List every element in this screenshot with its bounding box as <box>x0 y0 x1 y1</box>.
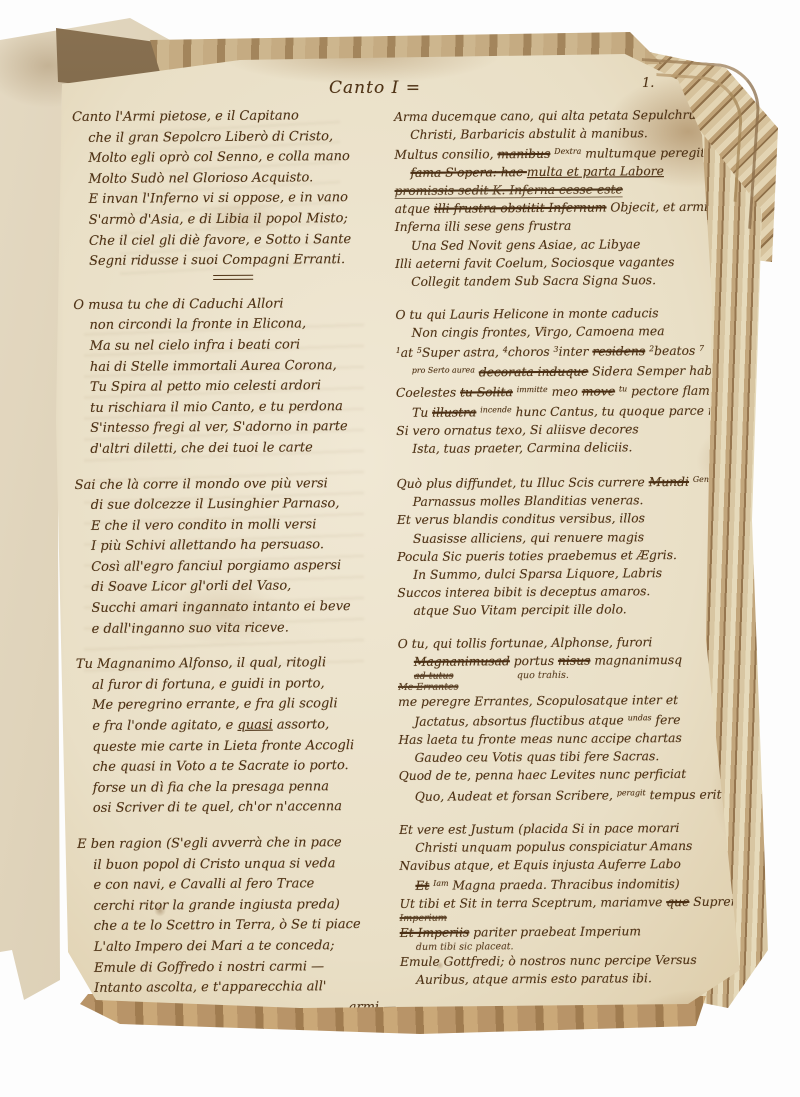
verse-line: di sue dolcezze il Lusinghier Parnaso, <box>91 494 397 517</box>
stanza: Canto l'Armi pietose, e il Capitanoche i… <box>72 106 395 281</box>
verse-line: Tu Magnanimo Alfonso, il qual, ritogli <box>76 653 398 676</box>
verse-line: d'altri diletti, che dei tuoi le carte <box>90 438 396 461</box>
text-segment: manibus <box>497 147 550 161</box>
verse-line: al furor di fortuna, e guidi in porto, <box>92 674 398 697</box>
text-segment: Collegit tandem Sub Sacra Signa Suos. <box>411 273 656 289</box>
text-segment: Che il ciel gli diè favore, e Sotto i Sa… <box>89 232 351 249</box>
verse-line: Quò plus diffundet, tu Illuc Scis currer… <box>397 471 757 494</box>
verse-line: Segni ridusse i suoi Compagni Erranti. <box>89 250 395 273</box>
verse-line: Una Sed Novit gens Asiae, ac Libyae <box>411 234 755 254</box>
verse-line: Molto Sudò nel Glorioso Acquisto. <box>88 168 394 191</box>
text-segment: hai di Stelle immortali Aurea Corona, <box>90 358 337 375</box>
verse-line: forse un dì fia che la presaga penna <box>93 777 399 800</box>
verse-line: Tu Spira al petto mio celesti ardori <box>90 376 396 399</box>
text-segment: Pocula Sic pueris toties praebemus et Æg… <box>397 548 677 564</box>
text-segment: immitte <box>517 385 548 394</box>
canto-heading: Canto I = <box>300 78 450 98</box>
text-segment: L'alto Impero dei Mari a te conceda; <box>94 938 335 955</box>
verse-line: Tu illustra incende hunc Cantus, tu quoq… <box>412 400 756 422</box>
stanza: O tu qui Lauris Helicone in monte caduci… <box>395 303 756 458</box>
verse-line: Christi unquam populus conspiciatur Aman… <box>415 836 759 856</box>
verse-line: Sai che là corre il mondo ove più versi <box>75 473 397 496</box>
stanza: Et vere est Justum (placida Si in pace m… <box>399 818 760 989</box>
text-segment: residens <box>592 344 645 358</box>
text-segment: S'armò d'Asia, e di Libia il popol Misto… <box>89 211 348 228</box>
text-segment: undas <box>628 713 652 722</box>
text-segment: Ut tibi et Sit in terra Sceptrum, mariam… <box>400 895 667 911</box>
text-segment: Quod de te, penna haec Levites nunc perf… <box>399 767 687 783</box>
verse-line: Ista, tuas praeter, Carmina deliciis. <box>412 438 756 458</box>
text-segment: Multus consilio, <box>394 147 497 162</box>
verse-line: S'intesso fregi al ver, S'adorno in part… <box>90 417 396 440</box>
text-segment: Ista, tuas praeter, Carmina deliciis. <box>412 441 632 457</box>
text-segment: Così all'egro fanciul porgiamo aspersi <box>91 558 341 575</box>
verse-line: che il gran Sepolcro Liberò di Cristo, <box>88 126 394 149</box>
text-segment: tempus erit. <box>646 787 726 802</box>
stanza: E ben ragion (S'egli avverrà che in pace… <box>77 833 400 1000</box>
verse-line: Ma su nel cielo infra i beati cori <box>90 335 396 358</box>
text-segment: Succhi amari ingannato intanto ei beve <box>91 599 350 616</box>
verse-line: Così all'egro fanciul porgiamo aspersi <box>91 556 397 579</box>
verse-line: Quo, Audeat et forsan Scribere, peragit … <box>415 783 759 805</box>
verse-line: Et Iam Magna praeda. Thracibus indomitis… <box>415 872 759 894</box>
text-segment: Iam <box>433 878 448 887</box>
text-segment: Tu Spira al petto mio celesti ardori <box>90 378 321 395</box>
text-segment: cerchi ritor la grande ingiusta preda) <box>94 897 340 914</box>
text-segment: Suasisse alliciens, qui renuere magis <box>413 530 644 546</box>
text-segment: meo <box>548 385 582 399</box>
text-segment: illustra <box>432 405 476 419</box>
text-segment: I più Schivi allettando ha persuaso. <box>91 538 324 555</box>
text-segment: inter <box>559 345 593 359</box>
text-segment: e con navi, e Cavalli al fero Trace <box>93 877 314 894</box>
stanza-divider <box>213 274 253 279</box>
text-segment: Molto Sudò nel Glorioso Acquisto. <box>88 170 313 187</box>
text-segment: che il gran Sepolcro Liberò di Cristo, <box>88 129 333 146</box>
text-segment: Dextra <box>554 147 581 156</box>
text-segment: Emule Gottfredi; ò nostros nunc percipe … <box>400 953 697 969</box>
text-segment: Tu Magnanimo Alfonso, il qual, ritogli <box>76 655 326 672</box>
text-segment: pariter praebeat Imperium <box>469 924 641 939</box>
text-segment: E ben ragion (S'egli avverrà che in pace <box>77 835 342 852</box>
text-segment: Segni ridusse i suoi Compagni Erranti. <box>89 252 345 269</box>
text-segment: pro Serto aurea <box>412 366 475 375</box>
verse-line: cerchi ritor la grande ingiusta preda) <box>94 895 400 918</box>
text-segment: Illi aeterni favit Coelum, Sociosque vag… <box>395 255 674 271</box>
text-segment: tu Solita <box>460 385 513 399</box>
gathering-mark: 2 <box>60 984 68 998</box>
text-segment: al furor di fortuna, e guidi in porto, <box>92 676 325 693</box>
text-segment: portus <box>510 654 558 668</box>
text-segment: Et verus blandis conditus versibus, illo… <box>397 512 645 528</box>
verse-line: di Soave Licor gl'orli del Vaso, <box>91 576 397 599</box>
text-segment: e dall'inganno suo vita riceve. <box>92 620 289 636</box>
text-segment: Has laeta tu fronte meas nunc accipe cha… <box>398 731 681 747</box>
text-segment: atque <box>395 202 434 216</box>
text-segment: Succos interea bibit is deceptus amaros. <box>397 584 650 600</box>
verse-line: S'armò d'Asia, e di Libia il popol Misto… <box>89 209 395 232</box>
text-segment: fere <box>652 713 681 727</box>
verse-line: atque Suo Vitam percipit ille dolo. <box>413 599 757 619</box>
text-segment: Et <box>415 879 429 893</box>
text-segment: Christi unquam populus conspiciatur Aman… <box>415 839 692 855</box>
stanza: Tu Magnanimo Alfonso, il qual, ritoglial… <box>76 653 399 820</box>
text-segment: Sidera Semper habes <box>588 364 726 379</box>
text-segment: e fra l'onde agitato, e <box>92 718 237 734</box>
text-segment: Inferna illi sese gens frustra <box>395 219 572 234</box>
text-segment: O tu, qui tollis fortunae, Alphonse, fur… <box>398 635 653 651</box>
text-segment: Quò plus diffundet, tu Illuc Scis currer… <box>397 475 649 491</box>
text-segment: hac <box>501 165 527 179</box>
text-segment: Magnanimusad <box>414 654 510 669</box>
stanza: Quò plus diffundet, tu Illuc Scis currer… <box>397 471 758 620</box>
verse-line: il buon popol di Cristo unqua si veda <box>93 853 399 876</box>
verse-line: E che il vero condito in molli versi <box>91 514 397 537</box>
verse-line: Jactatus, absortus fluctibus atque undas… <box>414 709 758 731</box>
verse-line: che a te lo Scettro in Terra, ò Se ti pi… <box>94 915 400 938</box>
text-segment: Molto egli oprò col Senno, e colla mano <box>88 149 350 166</box>
verse-line: osi Scriver di te quel, ch'or n'accenna <box>93 797 399 820</box>
text-segment: Et vere est Justum (placida Si in pace m… <box>399 821 679 837</box>
text-segment: In Summo, dulci Sparsa Liquore, Labris <box>413 566 662 582</box>
text-segment: Imperium <box>400 913 447 924</box>
curled-leaf-edge <box>648 73 745 202</box>
stanza: O tu, qui tollis fortunae, Alphonse, fur… <box>398 632 759 805</box>
text-segment: quo trahis. <box>453 670 569 682</box>
text-segment: forse un dì fia che la presaga penna <box>93 779 329 796</box>
text-segment: illi frustra obstitit Infernum <box>434 201 607 216</box>
verse-line: Che il ciel gli diè favore, e Sotto i Sa… <box>89 229 395 252</box>
text-segment: Ma su nel cielo infra i beati cori <box>90 337 301 353</box>
verse-line: hai di Stelle immortali Aurea Corona, <box>90 355 396 378</box>
verse-line: E ben ragion (S'egli avverrà che in pace <box>77 833 399 856</box>
verse-line: 1at 5Super astra, 4choros 3inter residen… <box>396 340 756 363</box>
text-segment: ad tutus <box>414 671 454 682</box>
text-segment: Me peregrino errante, e fra gli scogli <box>92 697 338 714</box>
text-segment: assorto, <box>273 717 330 732</box>
text-segment: O musa tu che di Caduchi Allori <box>73 296 283 312</box>
verse-line: tu rischiara il mio Canto, e tu perdona <box>90 396 396 419</box>
photo-background: Canto I = 1. Canto l'Armi pietose, e il … <box>0 0 800 1097</box>
verse-line: queste mie carte in Lieta fronte Accogli <box>92 735 398 758</box>
verse-line: Suasisse alliciens, qui renuere magis <box>413 527 757 547</box>
column-latin: Arma ducemque cano, qui alta petata Sepu… <box>394 105 760 1004</box>
text-segment: nisus <box>558 654 591 668</box>
verse-line: E invan l'Inferno vi si oppose, e in van… <box>89 188 395 211</box>
text-segment: Non cingis frontes, Virgo, Camoena mea <box>412 324 665 340</box>
text-segment: queste mie carte in Lieta fronte Accogli <box>92 738 354 755</box>
verse-line: Gaudeo ceu Votis quas tibi fere Sacras. <box>414 747 758 767</box>
text-segment: Quo, Audeat et forsan Scribere, <box>415 788 617 803</box>
text-segment: Coelestes <box>396 386 460 400</box>
verse-line: Me peregrino errante, e fra gli scogli <box>92 694 398 717</box>
verse-line: Molto egli oprò col Senno, e colla mano <box>88 147 394 170</box>
verse-line: I più Schivi allettando ha persuaso. <box>91 535 397 558</box>
verse-line: Collegit tandem Sub Sacra Signa Suos. <box>411 270 755 290</box>
verse-line: e dall'inganno suo vita riceve. <box>92 617 398 640</box>
text-segment: 7 <box>699 344 704 353</box>
column-italian: Canto l'Armi pietose, e il Capitanoche i… <box>72 106 400 1021</box>
text-segment: Super astra, <box>422 345 503 360</box>
text-segment: decorata induque <box>479 365 589 380</box>
text-segment: E invan l'Inferno vi si oppose, e in van… <box>89 190 348 207</box>
verse-line: che quasi in Voto a te Sacrate io porto. <box>93 756 399 779</box>
text-segment: peragit <box>617 788 646 797</box>
text-segment: Sai che là corre il mondo ove più versi <box>75 476 328 493</box>
verse-line: non circondi la fronte in Elicona, <box>89 314 395 337</box>
text-segment: fama S'opera: <box>410 165 501 180</box>
text-segment: Una Sed Novit gens Asiae, ac Libyae <box>411 237 640 253</box>
text-segment: Jactatus, absortus fluctibus atque <box>414 714 628 729</box>
text-segment: osi Scriver di te quel, ch'or n'accenna <box>93 800 342 817</box>
verse-line: L'alto Impero dei Mari a te conceda; <box>94 936 400 959</box>
text-segment: Auribus, atque armis esto paratus ibi. <box>416 971 652 987</box>
text-segment: Et Imperiis <box>400 925 470 939</box>
text-segment: Canto l'Armi pietose, e il Capitano <box>72 108 299 125</box>
text-segment: O tu qui Lauris Helicone in monte caduci… <box>395 306 658 322</box>
verse-line: Non cingis frontes, Virgo, Camoena mea <box>412 321 756 341</box>
verse-line: In Summo, dulci Sparsa Liquore, Labris <box>413 563 757 583</box>
text-segment: promissis sedit K. Inferna cesse este <box>395 183 623 200</box>
verse-line: e con navi, e Cavalli al fero Trace <box>93 874 399 897</box>
text-segment: non circondi la fronte in Elicona, <box>89 317 306 334</box>
text-segment: Mundi <box>649 475 689 489</box>
stanza: Sai che là corre il mondo ove più versid… <box>75 473 398 640</box>
verse-line: Magnanimusad portus nisus magnanimusq <box>414 651 758 671</box>
verse-line: pro Serto aurea decorata induque Sidera … <box>412 360 756 382</box>
verse-line: Succhi amari ingannato intanto ei beve <box>91 597 397 620</box>
text-segment: Emule di Goffredo i nostri carmi — <box>94 959 324 976</box>
verse-line: Coelestes tu Solita immitte meo move tu … <box>396 380 756 403</box>
text-segment: S'intesso fregi al ver, S'adorno in part… <box>90 419 348 436</box>
text-segment: che a te lo Scettro in Terra, ò Se ti pi… <box>94 917 361 934</box>
text-segment: atque Suo Vitam percipit ille dolo. <box>413 602 626 617</box>
text-segment: Si vero ornatus texo, Si aliisve decores <box>396 422 639 438</box>
text-segment: Gaudeo ceu Votis quas tibi fere Sacras. <box>414 750 659 766</box>
text-segment: che quasi in Voto a te Sacrate io porto. <box>93 758 349 775</box>
text-segment: que <box>666 895 689 909</box>
text-segment: hunc Cantus, tu quoque parce mihi <box>512 404 736 420</box>
text-segment: Tu <box>412 406 432 420</box>
text-segment: move <box>582 384 615 398</box>
verse-line: Canto l'Armi pietose, e il Capitano <box>72 106 394 129</box>
text-segment: di sue dolcezze il Lusinghier Parnaso, <box>91 496 340 513</box>
text-segment: choros <box>508 345 554 359</box>
text-segment: Magna praeda. Thracibus indomitis) <box>448 877 679 893</box>
verse-line: Parnassus molles Blanditias veneras. <box>413 491 757 511</box>
verse-line: Auribus, atque armis esto paratus ibi. <box>416 969 760 989</box>
text-segment: incende <box>480 405 511 414</box>
text-segment: Parnassus molles Blanditias veneras. <box>413 494 644 510</box>
verse-line: Emule di Goffredo i nostri carmi — <box>94 956 400 979</box>
text-segment: beatos <box>654 344 699 358</box>
text-segment: Intanto ascolta, e t'apparecchia all' <box>94 979 326 996</box>
text-segment: Navibus atque, et Equis injusta Auferre … <box>399 857 681 873</box>
text-segment: di Soave Licor gl'orli del Vaso, <box>91 579 291 595</box>
verse-line: e fra l'onde agitato, e quasi assorto, <box>92 715 398 738</box>
text-segment: d'altri diletti, che dei tuoi le carte <box>90 440 312 457</box>
text-segment: il buon popol di Cristo unqua si veda <box>93 856 335 873</box>
text-segment: quasi <box>237 718 272 733</box>
text-segment: Me Errantes <box>398 682 459 693</box>
text-segment: Christi, Barbaricis abstulit à manibus. <box>410 126 648 142</box>
text-segment: E che il vero condito in molli versi <box>91 517 317 534</box>
verse-line: O musa tu che di Caduchi Allori <box>73 293 395 316</box>
text-segment: dum tibi sic placeat. <box>416 941 514 953</box>
text-segment: magnanimusq <box>590 653 682 668</box>
text-segment: tu rischiara il mio Canto, e tu perdona <box>90 399 343 416</box>
text-segment: at <box>401 346 417 360</box>
verse-line: Intanto ascolta, e t'apparecchia all' <box>94 977 400 1000</box>
text-segment: me peregre Errantes, Scopulosatque inter… <box>398 693 678 709</box>
stanza: O musa tu che di Caduchi Allorinon circo… <box>73 293 396 460</box>
